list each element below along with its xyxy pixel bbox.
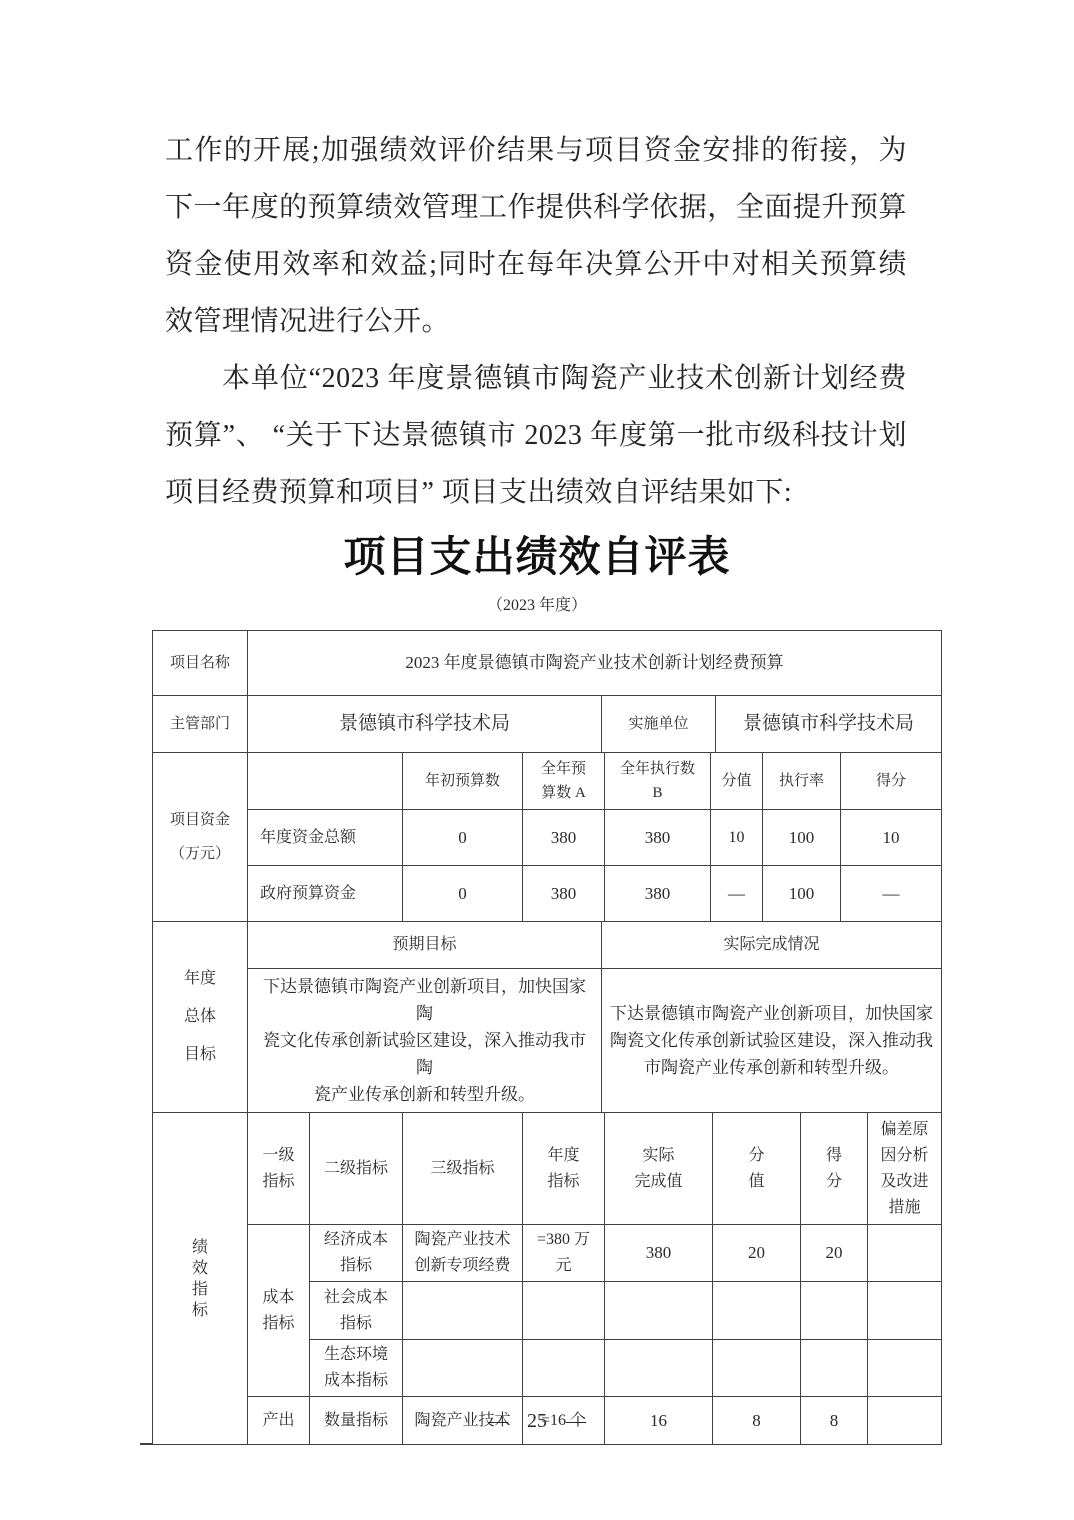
funds-row-label: 政府预算资金 [248, 866, 403, 922]
indicator-score [801, 1340, 868, 1397]
funds-header-full-year-executed: 全年执行数 B [605, 753, 711, 810]
goal-section-label: 年度 总体 目标 [153, 922, 248, 1113]
funds-section-label: 项目资金 （万元） [153, 753, 248, 922]
implementer-label: 实施单位 [602, 696, 716, 753]
paragraph-2: 本单位“2023 年度景德镇市陶瓷产业技术创新计划经费预算”、 “关于下达景德镇… [165, 350, 907, 521]
table-title: 项目支出绩效自评表 [0, 524, 1074, 584]
indicators-header-level1: 一级 指标 [248, 1113, 310, 1225]
department-value: 景德镇市科学技术局 [248, 696, 602, 753]
indicators-header-score: 得 分 [801, 1113, 868, 1225]
implementer-value: 景德镇市科学技术局 [716, 696, 942, 753]
indicators-header-level2: 二级指标 [310, 1113, 403, 1225]
funds-full-year-executed: 380 [605, 866, 711, 922]
indicator-level3: 陶瓷产业技术 创新专项经费 [403, 1225, 523, 1282]
indicator-level3 [403, 1340, 523, 1397]
goal-text-row: 下达景德镇市陶瓷产业创新项目，加快国家陶 瓷文化传承创新试验区建设，深入推动我市… [153, 969, 942, 1113]
department-label: 主管部门 [153, 696, 248, 753]
funds-empty-cell [248, 753, 403, 810]
funds-score: — [841, 866, 942, 922]
indicator-deviation [868, 1340, 942, 1397]
indicator-actual-value [605, 1340, 713, 1397]
project-name-label: 项目名称 [153, 631, 248, 696]
indicator-score [801, 1282, 868, 1340]
indicator-level2: 社会成本 指标 [310, 1282, 403, 1340]
paragraph-1: 工作的开展;加强绩效评价结果与项目资金安排的衔接，为下一年度的预算绩效管理工作提… [165, 122, 907, 350]
indicators-header-deviation: 偏差原 因分析 及改进 措施 [868, 1113, 942, 1225]
goal-expected-text: 下达景德镇市陶瓷产业创新项目，加快国家陶 瓷文化传承创新试验区建设，深入推动我市… [248, 969, 602, 1113]
table-subtitle: （2023 年度） [0, 592, 1074, 615]
indicators-header-actual-value: 实际 完成值 [605, 1113, 713, 1225]
indicator-cost-group-label: 成本 指标 [248, 1225, 310, 1397]
indicator-annual-target [523, 1282, 605, 1340]
goal-expected-header: 预期目标 [248, 922, 602, 969]
funds-full-year-budget: 380 [523, 866, 605, 922]
indicator-points: 20 [713, 1225, 801, 1282]
annual-goal-section: 年度 总体 目标 预期目标 实际完成情况 下达景德镇市陶瓷产业创新项目，加快国家… [152, 921, 942, 1113]
indicators-section: 绩 效 指 标 一级 指标 二级指标 三级指标 年度 指标 实际 完成值 分 值… [152, 1112, 942, 1445]
indicators-header-level3: 三级指标 [403, 1113, 523, 1225]
funds-execution-rate: 100 [763, 866, 841, 922]
indicators-section-label: 绩 效 指 标 [153, 1113, 248, 1445]
funds-points: 10 [711, 810, 763, 866]
funds-section: 项目资金 （万元） 年初预算数 全年预 算数 A 全年执行数 B 分值 执行率 … [152, 752, 942, 922]
goal-header-row: 年度 总体 目标 预期目标 实际完成情况 [153, 922, 942, 969]
indicators-header-points: 分 值 [713, 1113, 801, 1225]
indicator-actual-value: 380 [605, 1225, 713, 1282]
funds-header-execution-rate: 执行率 [763, 753, 841, 810]
indicator-deviation [868, 1282, 942, 1340]
department-section: 主管部门 景德镇市科学技术局 实施单位 景德镇市科学技术局 [152, 695, 942, 753]
funds-execution-rate: 100 [763, 810, 841, 866]
indicator-actual-value [605, 1282, 713, 1340]
indicator-row-economic-cost: 成本 指标 经济成本 指标 陶瓷产业技术 创新专项经费 =380 万 元 380… [153, 1225, 942, 1282]
indicator-points [713, 1282, 801, 1340]
indicator-score: 20 [801, 1225, 868, 1282]
funds-points: — [711, 866, 763, 922]
indicator-deviation [868, 1225, 942, 1282]
project-name-section: 项目名称 2023 年度景德镇市陶瓷产业技术创新计划经费预算 [152, 630, 942, 696]
document-page: 工作的开展;加强绩效评价结果与项目资金安排的衔接，为下一年度的预算绩效管理工作提… [0, 0, 1074, 1520]
funds-header-points: 分值 [711, 753, 763, 810]
funds-row-label: 年度资金总额 [248, 810, 403, 866]
goal-actual-header: 实际完成情况 [602, 922, 942, 969]
funds-initial-budget: 0 [403, 810, 523, 866]
funds-initial-budget: 0 [403, 866, 523, 922]
project-name-value: 2023 年度景德镇市陶瓷产业技术创新计划经费预算 [248, 631, 942, 696]
funds-header-score: 得分 [841, 753, 942, 810]
funds-row-total: 年度资金总额 0 380 380 10 100 10 [153, 810, 942, 866]
funds-header-row: 项目资金 （万元） 年初预算数 全年预 算数 A 全年执行数 B 分值 执行率 … [153, 753, 942, 810]
table-row: 主管部门 景德镇市科学技术局 实施单位 景德镇市科学技术局 [153, 696, 942, 753]
self-evaluation-table: 项目名称 2023 年度景德镇市陶瓷产业技术创新计划经费预算 主管部门 景德镇市… [152, 630, 942, 1445]
table-bottom-edge-artifact [140, 1443, 152, 1445]
funds-row-government: 政府预算资金 0 380 380 — 100 — [153, 866, 942, 922]
funds-full-year-executed: 380 [605, 810, 711, 866]
funds-score: 10 [841, 810, 942, 866]
table-row: 项目名称 2023 年度景德镇市陶瓷产业技术创新计划经费预算 [153, 631, 942, 696]
indicator-level3 [403, 1282, 523, 1340]
indicators-header-row: 绩 效 指 标 一级 指标 二级指标 三级指标 年度 指标 实际 完成值 分 值… [153, 1113, 942, 1225]
indicator-points [713, 1340, 801, 1397]
indicator-level2: 经济成本 指标 [310, 1225, 403, 1282]
funds-full-year-budget: 380 [523, 810, 605, 866]
funds-header-initial-budget: 年初预算数 [403, 753, 523, 810]
indicator-level2: 生态环境 成本指标 [310, 1340, 403, 1397]
indicator-annual-target [523, 1340, 605, 1397]
funds-header-full-year-budget: 全年预 算数 A [523, 753, 605, 810]
indicator-annual-target: =380 万 元 [523, 1225, 605, 1282]
indicators-header-annual-target: 年度 指标 [523, 1113, 605, 1225]
goal-actual-text: 下达景德镇市陶瓷产业创新项目，加快国家 陶瓷文化传承创新试验区建设，深入推动我 … [602, 969, 942, 1113]
page-number: — 25 — [0, 1410, 1074, 1433]
